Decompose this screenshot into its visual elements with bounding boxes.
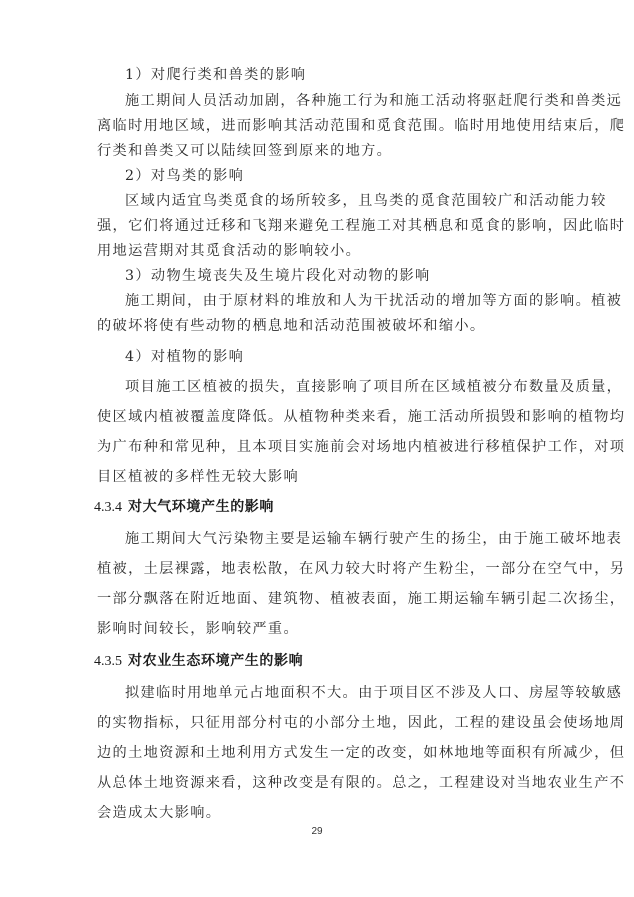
paragraph-line: 拟建临时用地单元占地面积不大。由于项目区不涉及人口、房屋等较敏感 — [125, 684, 549, 702]
subsection-title: 2）对鸟类的影响 — [125, 167, 549, 185]
section-heading-434: 4.3.4对大气环境产生的影响 — [94, 498, 546, 517]
heading-title: 对农业生态环境产生的影响 — [128, 653, 303, 669]
paragraph-line: 的破坏将使有些动物的栖息地和活动范围被破坏和缩小。 — [97, 317, 549, 335]
heading-title: 对大气环境产生的影响 — [128, 499, 274, 515]
paragraph-line: 植被，土层裸露，地表松散，在风力较大时将产生粉尘，一部分在空气中，另 — [97, 560, 549, 578]
paragraph-line: 使区域内植被覆盖度降低。从植物种类来看，施工活动所损毁和影响的植物均 — [97, 408, 549, 426]
heading-number: 4.3.4 — [94, 500, 122, 515]
paragraph-line: 离临时用地区域，进而影响其活动范围和觅食范围。临时用地使用结束后，爬 — [97, 117, 549, 135]
paragraph-line: 目区植被的多样性无较大影响 — [97, 468, 549, 486]
paragraph-line: 施工期间人员活动加剧，各种施工行为和施工活动将驱赶爬行类和兽类远 — [125, 92, 549, 110]
paragraph-line: 强，它们将通过迁移和飞翔来避免工程施工对其栖息和觅食的影响，因此临时 — [97, 217, 549, 235]
heading-number: 4.3.5 — [94, 654, 122, 669]
subsection-title: 3）动物生境丧失及生境片段化对动物的影响 — [125, 267, 549, 285]
paragraph-line: 边的土地资源和土地利用方式发生一定的改变，如林地地等面积有所减少，但 — [97, 744, 549, 762]
subsection-title: 1）对爬行类和兽类的影响 — [125, 66, 549, 84]
page-number: 29 — [300, 826, 334, 837]
paragraph-line: 区域内适宜鸟类觅食的场所较多，且鸟类的觅食范围较广和活动能力较 — [125, 192, 549, 210]
paragraph-line: 行类和兽类又可以陆续回签到原来的地方。 — [97, 142, 549, 160]
paragraph-line: 为广布种和常见种，且本项目实施前会对场地内植被进行移植保护工作，对项 — [97, 438, 549, 456]
paragraph-line: 施工期间大气污染物主要是运输车辆行驶产生的扬尘，由于施工破坏地表 — [125, 530, 549, 548]
paragraph-line: 从总体土地资源来看，这种改变是有限的。总之，工程建设对当地农业生产不 — [97, 774, 549, 792]
paragraph-line: 一部分飘落在附近地面、建筑物、植被表面，施工期运输车辆引起二次扬尘， — [97, 590, 549, 608]
paragraph-line: 用地运营期对其觅食活动的影响较小。 — [97, 242, 549, 260]
section-heading-435: 4.3.5对农业生态环境产生的影响 — [94, 652, 546, 671]
subsection-title: 4）对植物的影响 — [125, 348, 549, 366]
paragraph-line: 施工期间，由于原材料的堆放和人为干扰活动的增加等方面的影响。植被 — [125, 292, 549, 310]
paragraph-line: 影响时间较长，影响较严重。 — [97, 620, 549, 638]
paragraph-line: 的实物指标，只征用部分村屯的小部分土地，因此，工程的建设虽会使场地周 — [97, 714, 549, 732]
paragraph-line: 项目施工区植被的损失，直接影响了项目所在区域植被分布数量及质量， — [125, 378, 549, 396]
paragraph-line: 会造成太大影响。 — [97, 804, 549, 822]
